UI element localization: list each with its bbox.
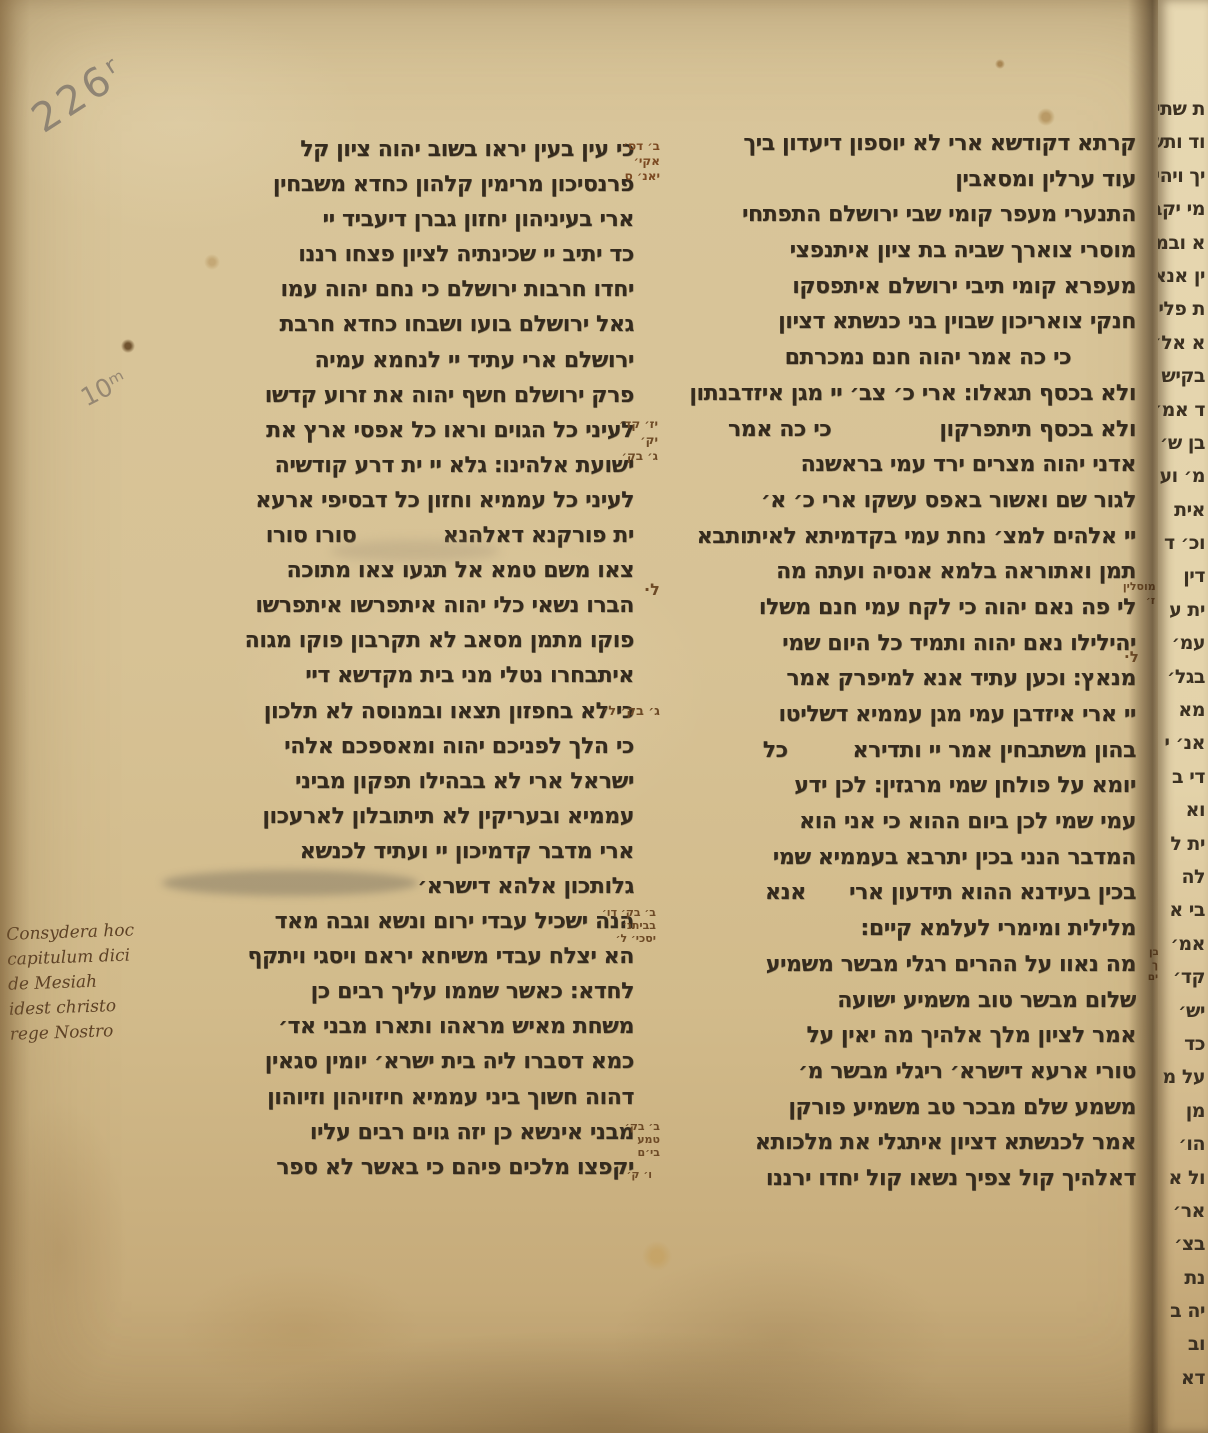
hebrew-text-line: הא יצלח עבדי משיחא יראם ויסגי ויתקף (142, 944, 634, 979)
next-folio-text-fragment: עמ׳ (1158, 632, 1208, 665)
next-folio-text-fragment: אר׳ (1158, 1200, 1208, 1233)
hebrew-text-line: ולא בכסף תגאלו: ארי כ׳ צב׳ יי מגן איזדבנ… (660, 381, 1136, 417)
text-column-left: כי עין בעין יראו בשוב יהוה ציון קלפרנסיכ… (142, 137, 634, 1202)
next-folio-text-fragment: מן (1158, 1100, 1208, 1133)
hebrew-text-line: מבני אינשא כן יזה גוים רבים עליו (142, 1120, 634, 1155)
hebrew-text-line: פרק ירושלם חשף יהוה את זרוע קדשו (142, 383, 634, 418)
hebrew-text-line: ירושלם ארי עתיד יי לנחמא עמיה (142, 348, 634, 383)
hebrew-text-line: כי כה אמר יהוה חנם נמכרתם (660, 345, 1136, 381)
next-folio-text-fragment: יך ויהיו (1158, 165, 1208, 198)
text-column-right: קרתא דקודשא ארי לא יוספון דיעדון ביךעוד … (660, 131, 1136, 1206)
hebrew-text-line: בהון משתבחין אמר יי ותדירא כל (660, 738, 1136, 774)
hebrew-text-line: מוסרי צוארך שביה בת ציון איתנפצי (660, 238, 1136, 274)
next-folio-text-fragment: בגל׳ (1158, 666, 1208, 699)
hebrew-text-line: התנערי מעפר קומי שבי ירושלם התפתחי (660, 202, 1136, 238)
next-folio-text-fragment: ול א (1158, 1167, 1208, 1200)
marginal-note-intercolumn-bottom: ב׳ בק׳טמעבי׳ם (602, 1120, 660, 1159)
marginal-note-line: יז׳ קד׳ (600, 416, 658, 432)
marginal-note-line: ג׳ בק׳ (600, 448, 658, 464)
hebrew-text-line: עממיא ובעריקין לא תיתובלון לארעכון (142, 804, 634, 839)
hebrew-text-line: חנקי צואריכון שבוין בני כנשתא דציון (660, 309, 1136, 345)
marginal-note-line: יאנ׳ ס (598, 169, 660, 184)
hebrew-text-line: איתבחרו נטלי מני בית מקדשא דיי (142, 663, 634, 698)
hebrew-text-line: יהילילו נאם יהוה ותמיד כל היום שמי (660, 631, 1136, 667)
hebrew-text-line: לגור שם ואשור באפס עשקו ארי כ׳ א׳ (660, 488, 1136, 524)
hebrew-text-line: הברו נשאי כלי יהוה איתפרשו איתפרשו (142, 593, 634, 628)
erasure-smudge-faint (330, 540, 500, 562)
hebrew-text-line: פרנסיכון מרימין קלהון כחדא משבחין (142, 172, 634, 207)
hebrew-text-line: דהוה חשוך ביני עממיא חיזויהון וזיוהון (142, 1085, 634, 1120)
erasure-smudge (162, 870, 418, 896)
next-folio-text-fragment: מי יקב׳ (1158, 198, 1208, 231)
hebrew-text-line: קרתא דקודשא ארי לא יוספון דיעדון ביך (660, 131, 1136, 167)
marginal-note-line: בביתנ׳ (590, 919, 656, 932)
next-folio-text-fragment: א אל׳ (1158, 332, 1208, 365)
hebrew-text-line: אדני יהוה מצרים ירד עמי בראשנה (660, 452, 1136, 488)
marginal-note-line: ב׳ בק׳ דו׳ (590, 906, 656, 919)
hebrew-text-line: בכין בעידנא ההוא תידעון ארי אנא (660, 880, 1136, 916)
next-folio-text-fragment: די ב (1158, 766, 1208, 799)
next-folio-text-fragment: א ובמצ׳ (1158, 232, 1208, 265)
pencil-note: 10ᵐ (76, 365, 131, 412)
marginal-note-line: יסכי׳ ל׳ (590, 932, 656, 945)
hebrew-text-line: צאו משם טמא אל תגעו צאו מתוכה (142, 558, 634, 593)
marginal-note-intercolumn-mid: יז׳ קד׳יק׳ג׳ בק׳ (600, 416, 658, 464)
hebrew-text-line: יקפצו מלכים פיהם כי באשר לא ספר (142, 1155, 634, 1190)
next-folio-text-fragment: ית ל (1158, 833, 1208, 866)
marginal-note-intercolumn-bottom2: ו׳ ק׳ (612, 1168, 652, 1181)
hebrew-text-line: שלום מבשר טוב משמיע ישועה (660, 988, 1136, 1024)
hebrew-text-line: טורי ארעא דישרא׳ ריגלי מבשר מ׳ (660, 1059, 1136, 1095)
next-folio-text-fragment: וכ׳ ד (1158, 532, 1208, 565)
hebrew-text-line: תמן ואתוראה בלמא אנסיה ועתה מה (660, 559, 1136, 595)
next-folio-text-fragment: ת פליא (1158, 298, 1208, 331)
hebrew-text-line: ארי מדבר קדמיכון יי ועתיד לכנשא (142, 839, 634, 874)
next-folio-text-fragment: וב (1158, 1333, 1208, 1366)
hebrew-text-line: עוד ערלין ומסאבין (660, 167, 1136, 203)
next-folio-text-fragment: ית ע (1158, 599, 1208, 632)
hebrew-text-line: כד יתיב יי שכינתיה לציון פצחו רננו (142, 242, 634, 277)
marginal-note-intercolumn-low: ג׳ בק׳ ל׳ (600, 704, 660, 719)
hebrew-text-line: לי פה נאם יהוה כי לקח עמי חנם משלו (660, 595, 1136, 631)
next-folio-text-fragment: יש׳ (1158, 1000, 1208, 1033)
next-folio-text-fragment: קד׳ (1158, 966, 1208, 999)
marginal-note-intercolumn-lower: ב׳ בק׳ דו׳בביתנ׳יסכי׳ ל׳ (590, 906, 656, 945)
hebrew-text-line: כמא דסברו ליה בית ישרא׳ יומין סגאין (142, 1049, 634, 1084)
next-folio-text-fragment: ין אנא (1158, 265, 1208, 298)
next-folio-text-fragment: אית (1158, 499, 1208, 532)
next-folio-text-fragment: בי א (1158, 899, 1208, 932)
next-folio-text-fragment: יה ב (1158, 1300, 1208, 1333)
next-folio-text-fragment: נת (1158, 1267, 1208, 1300)
next-folio-text-fragment: ד אמ׳ (1158, 399, 1208, 432)
hebrew-text-line: לעיני כל עממיא וחזון כל דבסיפי ארעא (142, 488, 634, 523)
folio-number: 226ʳ (24, 48, 135, 143)
next-folio-text-fragment: דין (1158, 565, 1208, 598)
marginal-note-line: בי׳ם (602, 1146, 660, 1159)
hebrew-text-line: דאלהיך קול צפיך נשאו קול יחדו ירננו (660, 1166, 1136, 1202)
lamed-mark-left: ל· (644, 580, 660, 599)
hebrew-text-line: לעיני כל הגוים וראו כל אפסי ארץ את (142, 418, 634, 453)
hebrew-text-line: יחדו חרבות ירושלם כי נחם יהוה עמו (142, 277, 634, 312)
next-folio-text-fragment: בצ׳ (1158, 1233, 1208, 1266)
hebrew-text-line: מלילית ומימרי לעלמא קיים: (660, 916, 1136, 952)
next-folio-text-fragment: אנ׳ י (1158, 732, 1208, 765)
hebrew-text-line: עמי שמי לכן ביום ההוא כי אני הוא (660, 809, 1136, 845)
hebrew-text-line: הנה ישכיל עבדי ירום ונשא וגבה מאד (142, 909, 634, 944)
hebrew-text-line: יומא על פולחן שמי מרגזין: לכן ידע (660, 773, 1136, 809)
next-folio-text-fragment: אמ׳ (1158, 933, 1208, 966)
next-folio-text-fragment: בן ש׳ (1158, 432, 1208, 465)
hebrew-text-line: ולא בכסף תיתפרקון כי כה אמר (660, 417, 1136, 453)
hebrew-text-line: המדבר הנני בכין יתרבא בעממיא שמי (660, 845, 1136, 881)
hebrew-text-line: כי הלך לפניכם יהוה ומאספכם אלהי (142, 734, 634, 769)
marginal-note-line: ב׳ בק׳ (602, 1120, 660, 1133)
hebrew-text-line: אמר לציון מלך אלהיך מה יאין על (660, 1023, 1136, 1059)
next-folio-text-fragment: הו׳ (1158, 1133, 1208, 1166)
next-folio-edge: ת שתיםוד ותש׳יך ויהיומי יקב׳א ובמצ׳ין אנ… (1158, 0, 1208, 1433)
hebrew-text-line: ישראל ארי לא בבהילו תפקון מביני (142, 769, 634, 804)
next-folio-text-fragment: על מ (1158, 1066, 1208, 1099)
marginal-note-line: ב׳ דס׳ (598, 139, 660, 154)
hebrew-text-line: גאל ירושלם בועו ושבחו כחדא חרבת (142, 312, 634, 347)
marginal-note-line: אקי׳ (598, 154, 660, 169)
marginal-note-intercolumn-top: ב׳ דס׳אקי׳יאנ׳ ס (598, 139, 660, 184)
hebrew-text-line: כי לא בחפזון תצאו ובמנוסה לא תלכון (142, 699, 634, 734)
next-folio-text-fragment: דא (1158, 1367, 1208, 1400)
next-folio-text-fragment: בקיש (1158, 365, 1208, 398)
next-folio-text-fragment: וד ותש׳ (1158, 131, 1208, 164)
next-folio-text-fragment: מ׳ וע (1158, 465, 1208, 498)
hebrew-text-line: יי אלהים למצ׳ נחת עמי בקדמיתא לאיתותבא (660, 524, 1136, 560)
marginal-note-line: יק׳ (600, 432, 658, 448)
manuscript-page: 226ʳ 10ᵐ Consydera hoccapitulum dicide M… (0, 0, 1208, 1433)
page-gutter-shadow (1128, 0, 1162, 1433)
hebrew-text-line: משמע שלם מבכר טב משמיע פורקן (660, 1095, 1136, 1131)
next-folio-text-fragment: כד (1158, 1033, 1208, 1066)
hebrew-text-line: ישועת אלהינו: גלא יי ית דרע קודשיה (142, 453, 634, 488)
next-folio-text-fragment: מא (1158, 699, 1208, 732)
next-folio-text-fragment: לה (1158, 866, 1208, 899)
next-folio-text-fragment: וא (1158, 799, 1208, 832)
marginal-note-line: ג׳ בק׳ ל׳ (600, 704, 660, 719)
hebrew-text-line: לחדא: כאשר שממו עליך רבים כן (142, 979, 634, 1014)
next-folio-text-fragment: ת שתים (1158, 98, 1208, 131)
hebrew-text-line: מנאץ: וכען עתיד אנא למיפרק אמר (660, 666, 1136, 702)
hebrew-text-line: מה נאוו על ההרים רגלי מבשר משמיע (660, 952, 1136, 988)
hebrew-text-line: מעפרא קומי תיבי ירושלם איתפסקו (660, 274, 1136, 310)
hebrew-text-line: ארי בעיניהון יחזון גברן דיעביד יי (142, 207, 634, 242)
hebrew-text-line: יי ארי איזדבן עמי מגן עממיא דשליטו (660, 702, 1136, 738)
hebrew-text-line: אמר לכנשתא דציון איתגלי את מלכותא (660, 1130, 1136, 1166)
hebrew-text-line: משחת מאיש מראהו ותארו מבני אד׳ (142, 1014, 634, 1049)
hebrew-text-line: כי עין בעין יראו בשוב יהוה ציון קל (142, 137, 634, 172)
marginal-note-line: ו׳ ק׳ (612, 1168, 652, 1181)
marginal-note-line: טמע (602, 1133, 660, 1146)
hebrew-text-line: פוקו מתמן מסאב לא תקרבון פוקו מגוה (142, 628, 634, 663)
